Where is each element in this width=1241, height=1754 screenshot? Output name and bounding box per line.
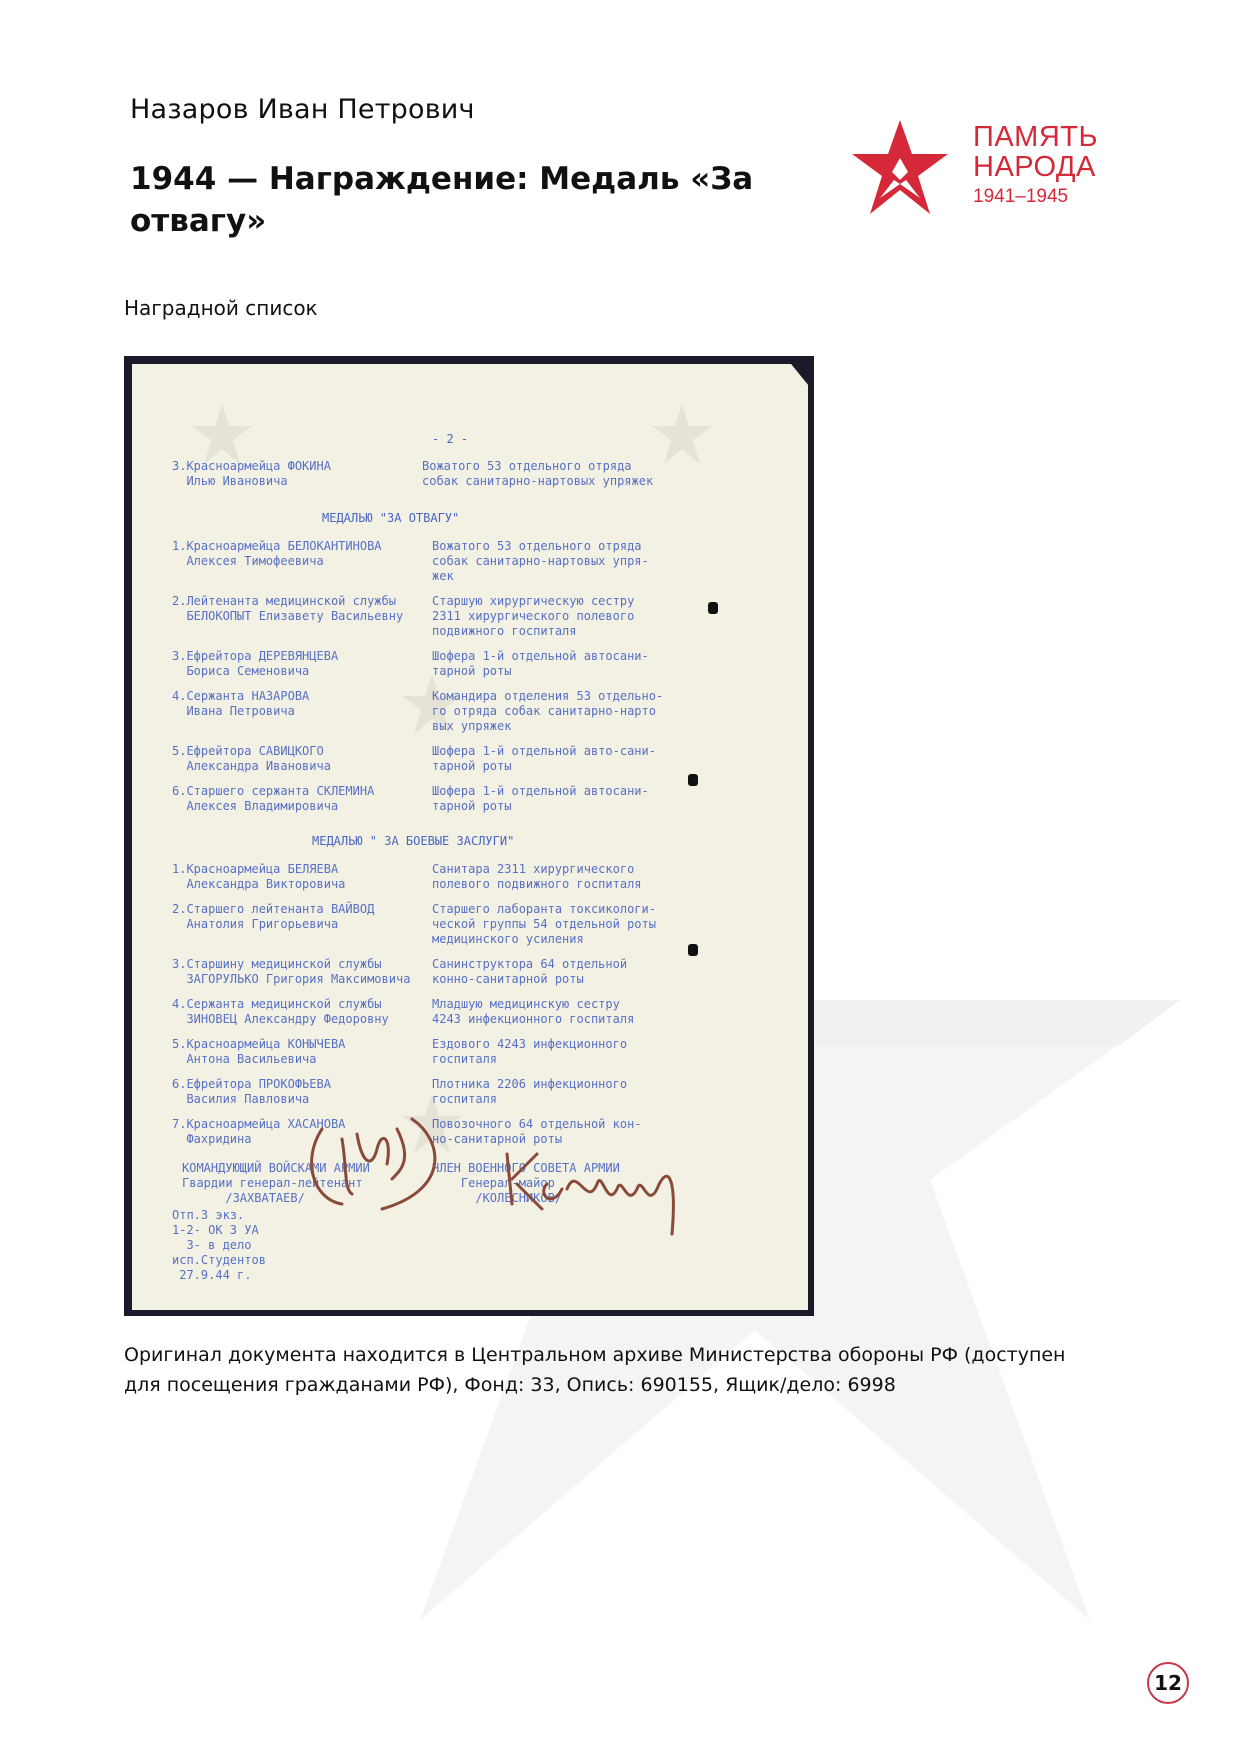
punch-hole xyxy=(688,774,698,786)
entry-position: го отряда собак санитарно-нарто xyxy=(432,704,656,719)
entry-position: Шофера 1-й отдельной автосани- xyxy=(432,784,649,799)
entry-position: Младшую медицинскую сестру xyxy=(432,997,620,1012)
logo-line-1: ПАМЯТЬ xyxy=(973,122,1098,152)
scan-page-marker: - 2 - xyxy=(432,432,468,447)
entry-position: ческой группы 54 отдельной роты xyxy=(432,917,656,932)
entry-position: собак санитарно-нартовых упря- xyxy=(432,554,649,569)
entry-position: подвижного госпиталя xyxy=(432,624,577,639)
entry-position: конно-санитарной роты xyxy=(432,972,584,987)
person-name: Назаров Иван Петрович xyxy=(130,94,475,125)
entry-name: Александра Ивановича xyxy=(172,759,331,774)
entry-position: 4243 инфекционного госпиталя xyxy=(432,1012,634,1027)
entry-name: Василия Павловича xyxy=(172,1092,309,1107)
entry-name: Ивана Петровича xyxy=(172,704,295,719)
scan-watermark-icon xyxy=(652,404,712,474)
entry-position: Шофера 1-й отдельной автосани- xyxy=(432,649,649,664)
pamyat-naroda-logo[interactable]: ПАМЯТЬ НАРОДА 1941–1945 xyxy=(850,118,1130,218)
entry-position: тарной роты xyxy=(432,799,511,814)
entry-name: 1.Красноармейца БЕЛОКАНТИНОВА xyxy=(172,539,382,554)
archive-caption: Оригинал документа находится в Центральн… xyxy=(124,1340,1104,1400)
logo-line-2: НАРОДА xyxy=(973,152,1098,182)
signature-left xyxy=(302,1109,452,1219)
punch-hole xyxy=(688,944,698,956)
entry-name: Анатолия Григорьевича xyxy=(172,917,338,932)
entry-name: 4.Сержанта НАЗАРОВА xyxy=(172,689,309,704)
entry-position: Вожатого 53 отдельного отряда xyxy=(422,459,632,474)
entry-name: 3.Старшину медицинской службы xyxy=(172,957,382,972)
award-list-scan[interactable]: - 2 - 3.Красноармейца ФОКИНА Илью Иванов… xyxy=(124,356,814,1316)
entry-position: Ездового 4243 инфекционного xyxy=(432,1037,627,1052)
entry-name: 6.Старшего сержанта СКЛЕМИНА xyxy=(172,784,374,799)
entry-name: Фахридина xyxy=(172,1132,251,1147)
entry-name: 1.Красноармейца БЕЛЯЕВА xyxy=(172,862,338,877)
scan-paper: - 2 - 3.Красноармейца ФОКИНА Илью Иванов… xyxy=(132,364,808,1310)
entry-position: Санитара 2311 хирургического xyxy=(432,862,634,877)
logo-years: 1941–1945 xyxy=(973,184,1098,210)
entry-position: Шофера 1-й отдельной авто-сани- xyxy=(432,744,656,759)
entry-name: 4.Сержанта медицинской службы xyxy=(172,997,382,1012)
entry-name: Антона Васильевича xyxy=(172,1052,317,1067)
entry-position: Повозочного 64 отдельной кон- xyxy=(432,1117,642,1132)
entry-position: полевого подвижного госпиталя xyxy=(432,877,642,892)
entry-position: 2311 хирургического полевого xyxy=(432,609,634,624)
distribution-note: Отп.3 экз. xyxy=(172,1208,244,1223)
entry-position: госпиталя xyxy=(432,1092,497,1107)
entry-name: 2.Лейтенанта медицинской службы xyxy=(172,594,396,609)
entry-position: Старшего лаборанта токсикологи- xyxy=(432,902,656,917)
entry-name: 3.Ефрейтора ДЕРЕВЯНЦЕВА xyxy=(172,649,338,664)
signature-right xyxy=(497,1134,687,1244)
entry-position: госпиталя xyxy=(432,1052,497,1067)
entry-position: вых упряжек xyxy=(432,719,511,734)
entry-position: тарной роты xyxy=(432,759,511,774)
page-title: 1944 — Награждение: Медаль «За отвагу» xyxy=(130,158,780,242)
entry-position: собак санитарно-нартовых упряжек xyxy=(422,474,653,489)
distribution-note: исп.Студентов xyxy=(172,1253,266,1268)
entry-name: Алексея Тимофеевича xyxy=(172,554,324,569)
entry-position: медицинского усиления xyxy=(432,932,584,947)
entry-name: 5.Красноармейца КОНЫЧЕВА xyxy=(172,1037,345,1052)
entry-name: ЗИНОВЕЦ Александру Федоровну xyxy=(172,1012,389,1027)
entry-name: 6.Ефрейтора ПРОКОФЬЕВА xyxy=(172,1077,331,1092)
entry-name: Илью Ивановича xyxy=(172,474,288,489)
red-star-icon xyxy=(850,118,950,218)
entry-position: Старшую хирургическую сестру xyxy=(432,594,634,609)
entry-name: 5.Ефрейтора САВИЦКОГО xyxy=(172,744,324,759)
entry-position: Санинструктора 64 отдельной xyxy=(432,957,627,972)
entry-name: БЕЛОКОПЫТ Елизавету Васильевну xyxy=(172,609,403,624)
award-section-heading: МЕДАЛЬЮ "ЗА ОТВАГУ" xyxy=(322,511,459,526)
entry-name: Бориса Семеновича xyxy=(172,664,309,679)
entry-name: 2.Старшего лейтенанта ВАЙВОД xyxy=(172,902,374,917)
punch-hole xyxy=(708,602,718,614)
distribution-note: 1-2- ОК 3 УА xyxy=(172,1223,259,1238)
entry-name: Александра Викторовича xyxy=(172,877,345,892)
entry-position: жек xyxy=(432,569,454,584)
page-number: 12 xyxy=(1147,1662,1189,1704)
distribution-note: 3- в дело xyxy=(172,1238,251,1253)
entry-name: 3.Красноармейца ФОКИНА xyxy=(172,459,331,474)
entry-position: Вожатого 53 отдельного отряда xyxy=(432,539,642,554)
distribution-note: 27.9.44 г. xyxy=(172,1268,251,1283)
entry-position: Командира отделения 53 отдельно- xyxy=(432,689,663,704)
signatory-left: /ЗАХВАТАЕВ/ xyxy=(182,1191,305,1206)
entry-name: Алексея Владимировича xyxy=(172,799,338,814)
award-section-heading: МЕДАЛЬЮ " ЗА БОЕВЫЕ ЗАСЛУГИ" xyxy=(312,834,514,849)
section-label: Наградной список xyxy=(124,296,318,320)
entry-name: ЗАГОРУЛЬКО Григория Максимовича xyxy=(172,972,410,987)
entry-position: Плотника 2206 инфекционного xyxy=(432,1077,627,1092)
entry-position: тарной роты xyxy=(432,664,511,679)
